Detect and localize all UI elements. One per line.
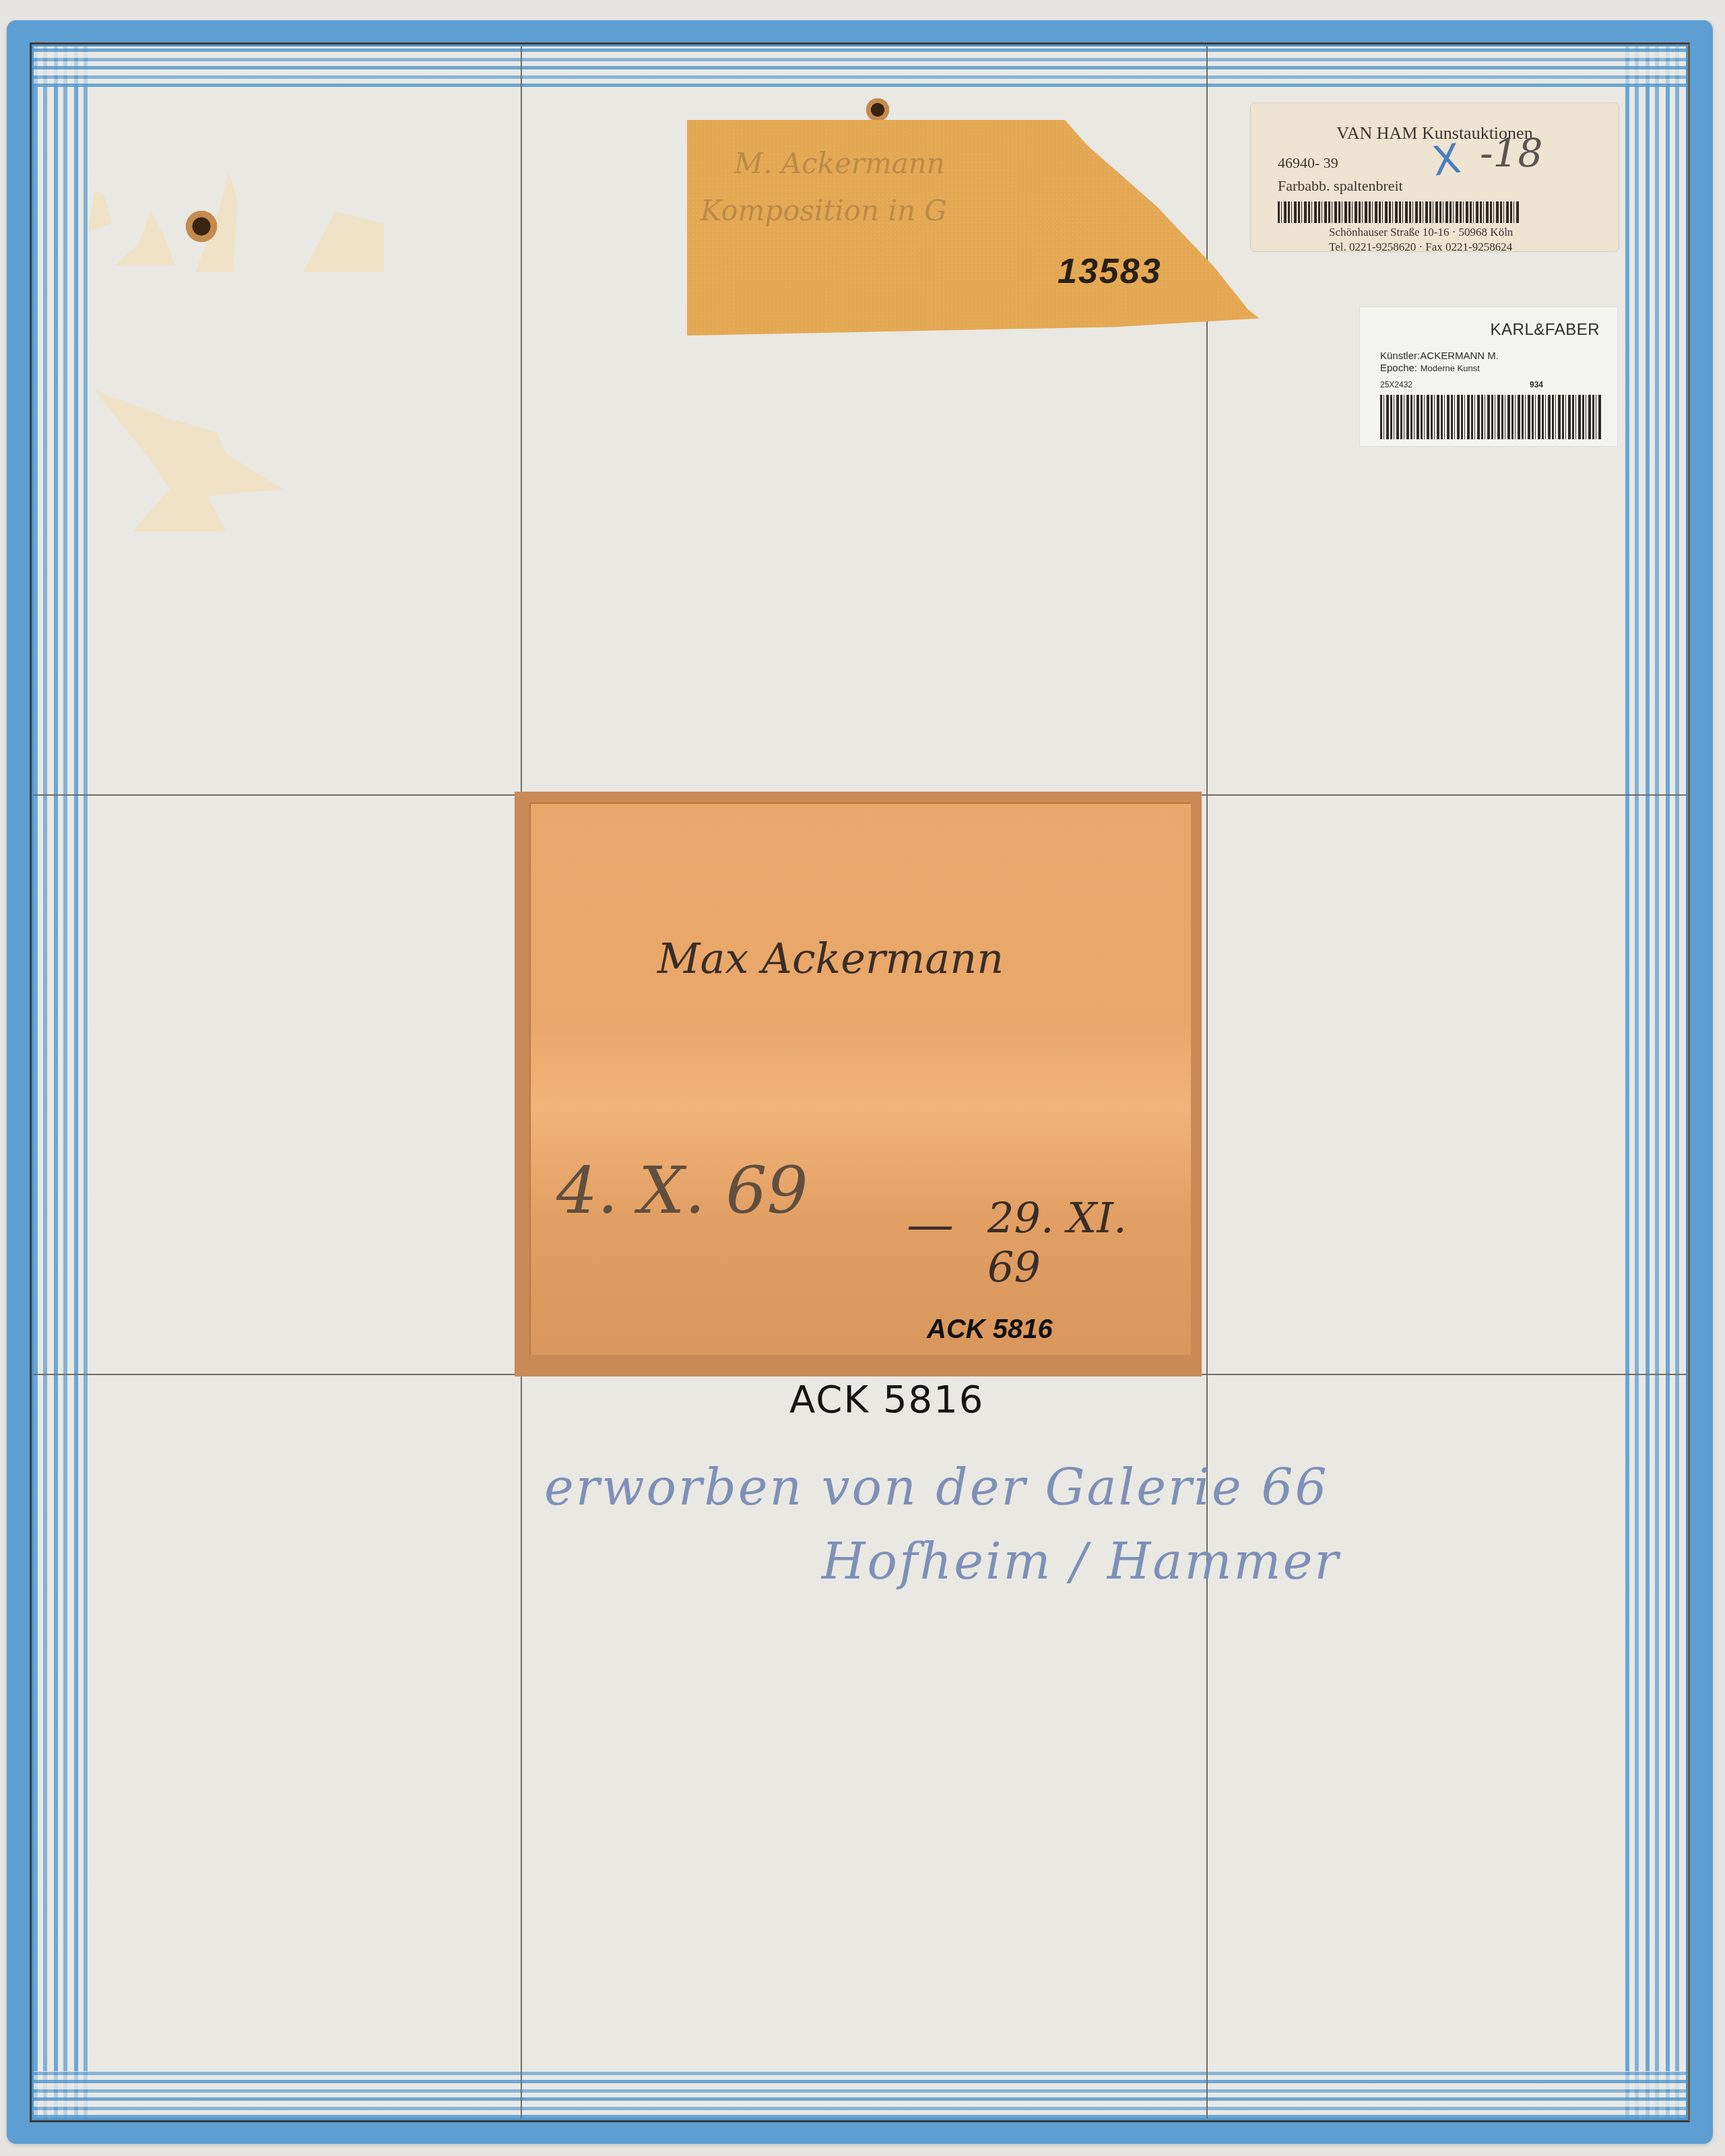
- paper-remnant: [303, 212, 384, 272]
- epoch-value: Moderne Kunst: [1421, 363, 1480, 373]
- grid-line-vertical-right: [1206, 46, 1208, 2118]
- panel-inventory-number: ACK 5816: [927, 1314, 1053, 1345]
- paint-smear-bottom: [34, 2071, 1686, 2118]
- van-ham-barcode: [1278, 201, 1520, 223]
- karl-faber-lot: 934: [1530, 380, 1543, 389]
- van-ham-description: Farbabb. spaltenbreit: [1278, 177, 1403, 195]
- handwritten-number: -18: [1480, 130, 1542, 176]
- panel-surface: Max Ackermann 4. X. 69 — 29. XI. 69 ACK …: [529, 802, 1191, 1355]
- paper-remnant: [94, 390, 283, 532]
- karl-faber-code: 25X2432: [1380, 380, 1412, 389]
- date-separator: —: [907, 1197, 954, 1252]
- van-ham-auction-label: VAN HAM Kunstauktionen 46940- 39 Farbabb…: [1250, 102, 1619, 252]
- epoch-key: Epoche:: [1380, 362, 1418, 374]
- paper-remnant: [115, 212, 175, 265]
- provenance-line-1: erworben von der Galerie 66: [544, 1459, 1329, 1517]
- karl-faber-artist-row: Künstler: ACKERMANN M.: [1380, 350, 1499, 362]
- date-start: 4. X. 69: [556, 1153, 808, 1228]
- van-ham-contact: Tel. 0221-9258620 · Fax 0221-9258624: [1329, 241, 1512, 254]
- karl-faber-brand: KARL&FABER: [1491, 321, 1600, 340]
- tape-note-artist: M. Ackermann: [734, 147, 945, 180]
- tape-number: 13583: [1057, 251, 1162, 292]
- board-inventory-number: ACK 5816: [789, 1378, 984, 1422]
- artist-signature: Max Ackermann: [657, 934, 1004, 983]
- karl-faber-barcode: [1380, 395, 1602, 439]
- date-end: 29. XI. 69: [987, 1193, 1191, 1292]
- artwork-panel-back: Max Ackermann 4. X. 69 — 29. XI. 69 ACK …: [515, 792, 1202, 1376]
- paint-smear-right: [1625, 46, 1686, 2118]
- tape-note-title: Komposition in G: [701, 194, 947, 227]
- paint-smear-top: [34, 46, 1686, 87]
- karl-faber-auction-label: KARL&FABER Künstler: ACKERMANN M. Epoche…: [1359, 307, 1618, 447]
- screw-hole: [183, 208, 220, 245]
- paint-smear-left: [34, 46, 94, 2118]
- van-ham-address: Schönhauser Straße 10-16 · 50968 Köln: [1329, 226, 1513, 239]
- hanging-hole: [864, 96, 891, 123]
- artist-value: ACKERMANN M.: [1420, 350, 1499, 362]
- artist-key: Künstler:: [1380, 350, 1418, 362]
- van-ham-lot-number: 46940- 39: [1278, 154, 1338, 172]
- provenance-line-2: Hofheim / Hammer: [822, 1533, 1340, 1591]
- karl-faber-epoch-row: Epoche: Moderne Kunst: [1380, 362, 1480, 374]
